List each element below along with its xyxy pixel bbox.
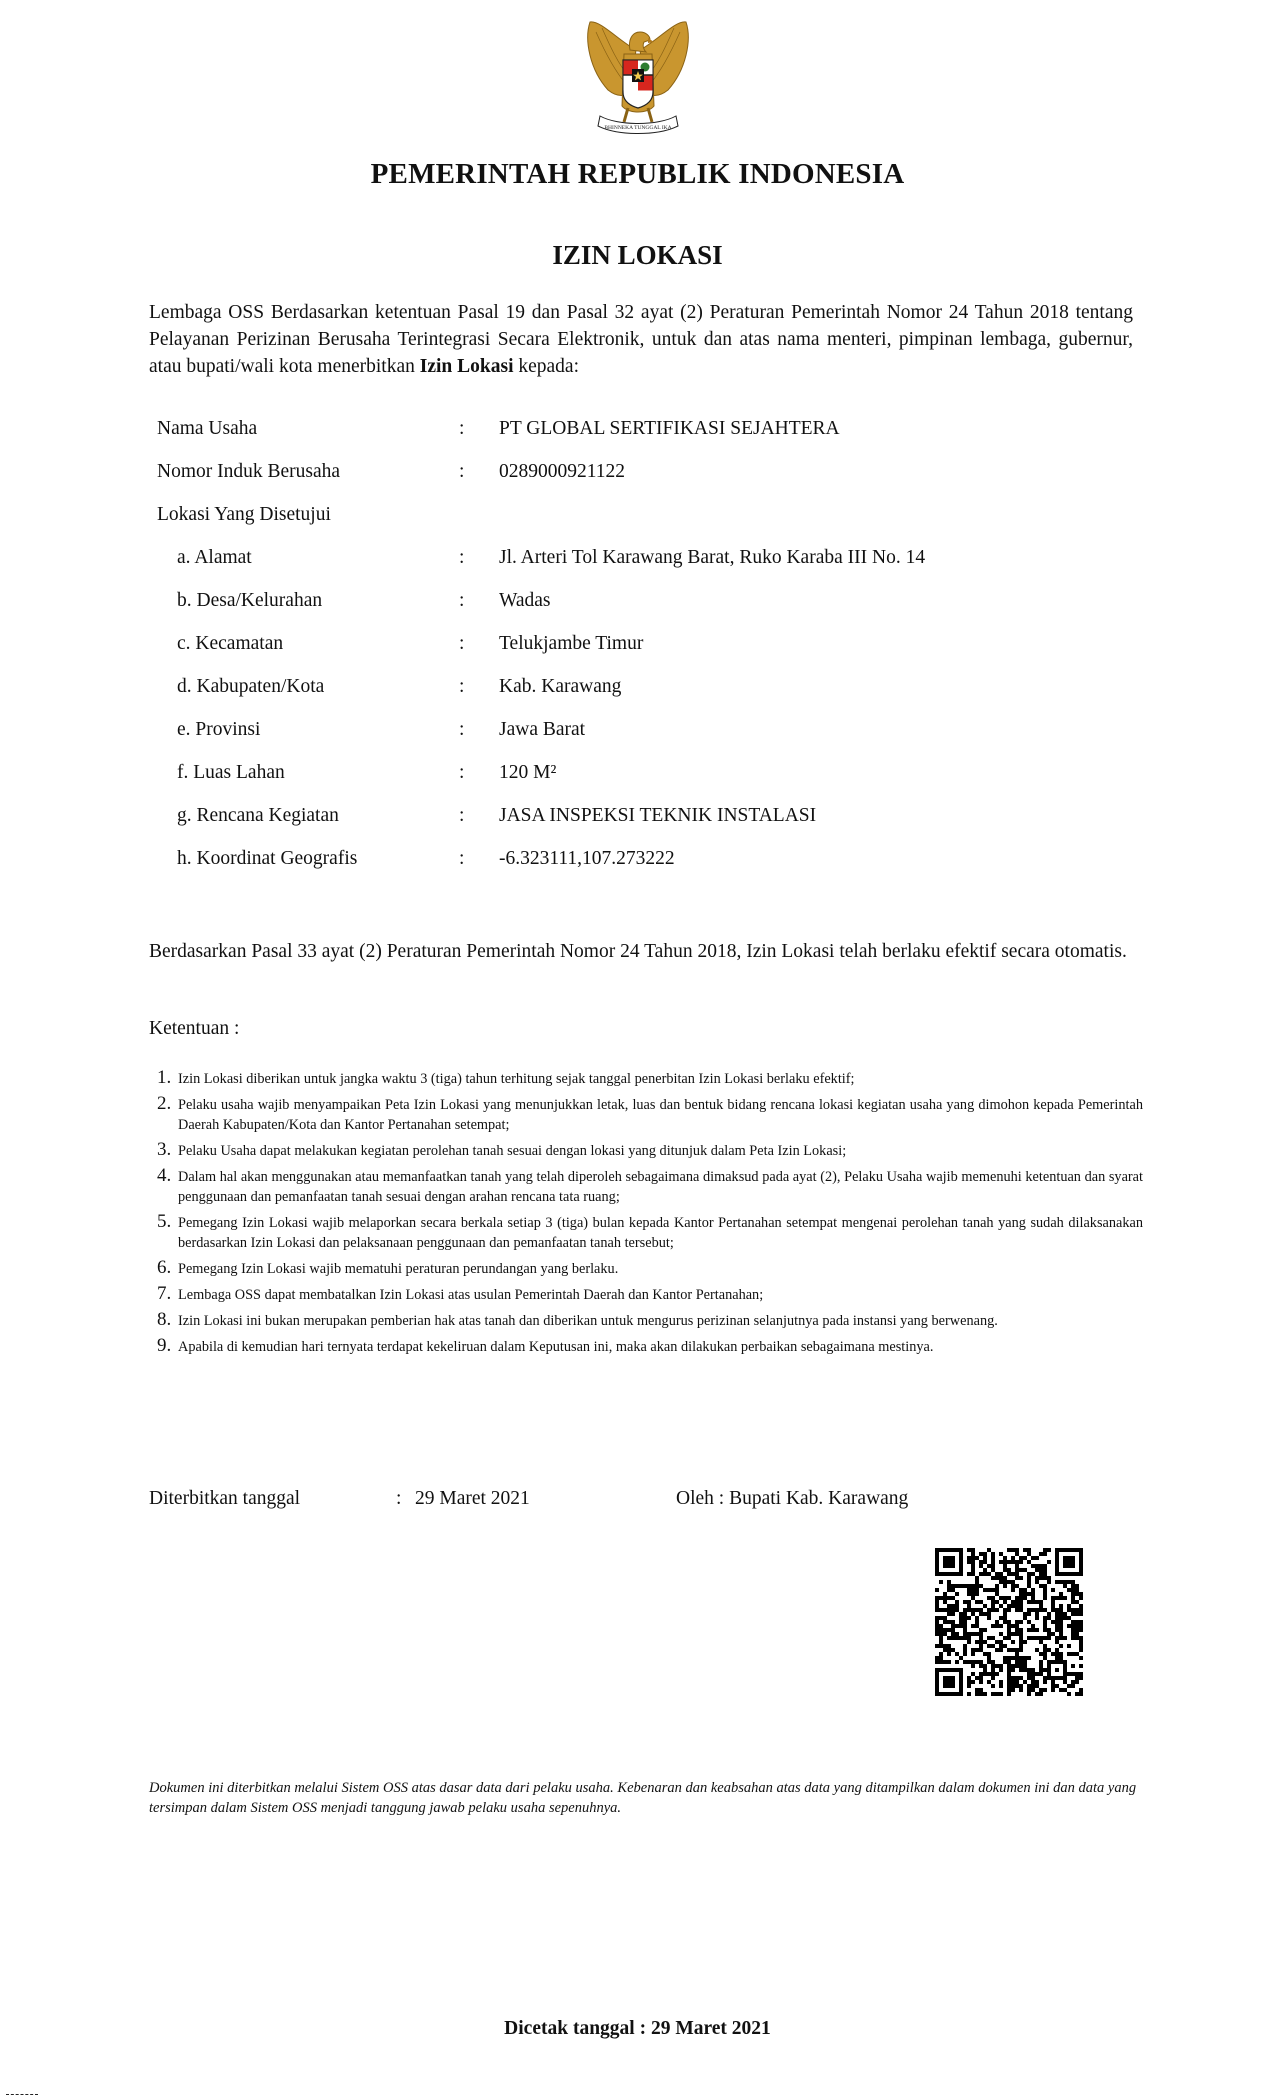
field-value: Jl. Arteri Tol Karawang Barat, Ruko Kara… — [499, 545, 925, 571]
ketentuan-item: 2.Pelaku usaha wajib menyampaikan Peta I… — [157, 1095, 1143, 1135]
ketentuan-text: Izin Lokasi ini bukan merupakan pemberia… — [178, 1313, 998, 1329]
field-colon: : — [459, 846, 464, 872]
field-value: 120 M² — [499, 760, 556, 786]
disclaimer-text: Dokumen ini diterbitkan melalui Sistem O… — [149, 1778, 1139, 1818]
field-row: a. Alamat:Jl. Arteri Tol Karawang Barat,… — [157, 545, 1057, 588]
field-label: a. Alamat — [177, 545, 252, 571]
field-row: Lokasi Yang Disetujui — [157, 502, 1057, 545]
ketentuan-number: 5. — [157, 1212, 171, 1232]
field-row: b. Desa/Kelurahan:Wadas — [157, 588, 1057, 631]
field-colon: : — [459, 674, 464, 700]
field-value: Wadas — [499, 588, 551, 614]
ketentuan-item: 1.Izin Lokasi diberikan untuk jangka wak… — [157, 1069, 1143, 1089]
ketentuan-number: 9. — [157, 1336, 171, 1356]
field-value: Jawa Barat — [499, 717, 585, 743]
ketentuan-text: Pemegang Izin Lokasi wajib mematuhi pera… — [178, 1261, 618, 1277]
ketentuan-text: Pelaku Usaha dapat melakukan kegiatan pe… — [178, 1143, 846, 1159]
field-colon: : — [459, 416, 464, 442]
field-row: c. Kecamatan:Telukjambe Timur — [157, 631, 1057, 674]
field-value: JASA INSPEKSI TEKNIK INSTALASI — [499, 803, 816, 829]
ketentuan-text: Pelaku usaha wajib menyampaikan Peta Izi… — [178, 1097, 1143, 1133]
ketentuan-item: 9.Apabila di kemudian hari ternyata terd… — [157, 1337, 1143, 1357]
ketentuan-number: 6. — [157, 1258, 171, 1278]
field-value: Kab. Karawang — [499, 674, 621, 700]
issued-by: Oleh : Bupati Kab. Karawang — [676, 1488, 908, 1510]
ketentuan-number: 1. — [157, 1068, 171, 1088]
field-label: Nama Usaha — [157, 416, 257, 442]
field-label: e. Provinsi — [177, 717, 260, 743]
issued-date-value: 29 Maret 2021 — [415, 1488, 530, 1510]
ketentuan-item: 8.Izin Lokasi ini bukan merupakan pember… — [157, 1311, 1143, 1331]
ketentuan-item: 7.Lembaga OSS dapat membatalkan Izin Lok… — [157, 1285, 1143, 1305]
corner-mark — [6, 2094, 38, 2097]
ketentuan-number: 8. — [157, 1310, 171, 1330]
field-row: g. Rencana Kegiatan:JASA INSPEKSI TEKNIK… — [157, 803, 1057, 846]
field-row: d. Kabupaten/Kota:Kab. Karawang — [157, 674, 1057, 717]
ketentuan-number: 3. — [157, 1140, 171, 1160]
printed-date: Dicetak tanggal : 29 Maret 2021 — [0, 2018, 1275, 2040]
field-label: c. Kecamatan — [177, 631, 283, 657]
ketentuan-text: Izin Lokasi diberikan untuk jangka waktu… — [178, 1071, 855, 1087]
field-row: Nama Usaha:PT GLOBAL SERTIFIKASI SEJAHTE… — [157, 416, 1057, 459]
intro-bold-term: Izin Lokasi — [420, 356, 514, 377]
field-value: -6.323111,107.273222 — [499, 846, 675, 872]
field-value: PT GLOBAL SERTIFIKASI SEJAHTERA — [499, 416, 840, 442]
field-colon: : — [459, 588, 464, 614]
field-row: f. Luas Lahan:120 M² — [157, 760, 1057, 803]
ketentuan-label: Ketentuan : — [149, 1018, 239, 1040]
field-row: Nomor Induk Berusaha:0289000921122 — [157, 459, 1057, 502]
qr-code-icon — [935, 1548, 1083, 1696]
government-heading: PEMERINTAH REPUBLIK INDONESIA — [0, 158, 1275, 191]
field-colon: : — [459, 459, 464, 485]
ketentuan-item: 4.Dalam hal akan menggunakan atau memanf… — [157, 1167, 1143, 1207]
field-label: b. Desa/Kelurahan — [177, 588, 322, 614]
ketentuan-number: 2. — [157, 1094, 171, 1114]
issued-date-label: Diterbitkan tanggal — [149, 1488, 300, 1510]
ketentuan-item: 6.Pemegang Izin Lokasi wajib mematuhi pe… — [157, 1259, 1143, 1279]
intro-paragraph: Lembaga OSS Berdasarkan ketentuan Pasal … — [149, 299, 1133, 380]
field-value: Telukjambe Timur — [499, 631, 643, 657]
field-row: h. Koordinat Geografis:-6.323111,107.273… — [157, 846, 1057, 889]
garuda-pancasila-emblem-icon: BHINNEKA TUNGGAL IKA — [578, 10, 698, 142]
field-label: Nomor Induk Berusaha — [157, 459, 340, 485]
ketentuan-text: Dalam hal akan menggunakan atau memanfaa… — [178, 1169, 1143, 1205]
ketentuan-item: 5.Pemegang Izin Lokasi wajib melaporkan … — [157, 1213, 1143, 1253]
ketentuan-item: 3.Pelaku Usaha dapat melakukan kegiatan … — [157, 1141, 1143, 1161]
effective-statement: Berdasarkan Pasal 33 ayat (2) Peraturan … — [149, 939, 1133, 965]
field-label: h. Koordinat Geografis — [177, 846, 357, 872]
ketentuan-text: Apabila di kemudian hari ternyata terdap… — [178, 1339, 933, 1355]
issuance-row: Diterbitkan tanggal : 29 Maret 2021 Oleh… — [149, 1488, 1149, 1518]
field-row: e. Provinsi:Jawa Barat — [157, 717, 1057, 760]
field-colon: : — [459, 545, 464, 571]
field-colon: : — [459, 631, 464, 657]
ketentuan-text: Pemegang Izin Lokasi wajib melaporkan se… — [178, 1215, 1143, 1251]
ketentuan-text: Lembaga OSS dapat membatalkan Izin Lokas… — [178, 1287, 763, 1303]
field-label: Lokasi Yang Disetujui — [157, 502, 331, 528]
ketentuan-number: 7. — [157, 1284, 171, 1304]
document-title: IZIN LOKASI — [0, 240, 1275, 271]
field-colon: : — [459, 760, 464, 786]
field-value: 0289000921122 — [499, 459, 625, 485]
issued-date-colon: : — [396, 1488, 401, 1510]
field-colon: : — [459, 803, 464, 829]
field-colon: : — [459, 717, 464, 743]
field-label: f. Luas Lahan — [177, 760, 285, 786]
field-label: d. Kabupaten/Kota — [177, 674, 324, 700]
field-label: g. Rencana Kegiatan — [177, 803, 339, 829]
license-fields: Nama Usaha:PT GLOBAL SERTIFIKASI SEJAHTE… — [157, 416, 1057, 889]
ketentuan-list: 1.Izin Lokasi diberikan untuk jangka wak… — [157, 1069, 1143, 1363]
ketentuan-number: 4. — [157, 1166, 171, 1186]
emblem-motto: BHINNEKA TUNGGAL IKA — [604, 125, 671, 131]
